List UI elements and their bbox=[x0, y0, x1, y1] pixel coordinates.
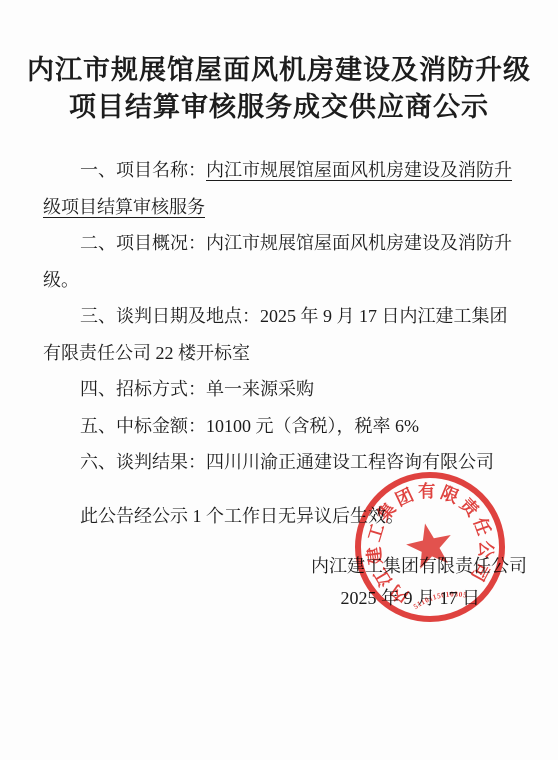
paragraph-effective-notice: 此公告经公示 1 个工作日无异议后生效。 bbox=[43, 498, 534, 535]
project-name-value-cont: 级项目结算审核服务 bbox=[43, 197, 205, 217]
announcement-document: 内江市规展馆屋面风机房建设及消防升级 项目结算审核服务成交供应商公示 一、项目名… bbox=[0, 0, 558, 760]
project-name-value: 内江市规展馆屋面风机房建设及消防升 bbox=[206, 160, 512, 180]
signature-block: 内江建工集团有限责任公司 2025 年 9 月 17 日 bbox=[0, 549, 558, 613]
paragraph-project-overview-line2: 级。 bbox=[43, 262, 534, 299]
paragraph-negotiation-date-line1: 三、谈判日期及地点：2025 年 9 月 17 日内江建工集团 bbox=[43, 298, 534, 335]
signature-date: 2025 年 9 月 17 日 bbox=[0, 584, 558, 613]
project-name-label: 一、项目名称： bbox=[80, 160, 206, 180]
title-line-2: 项目结算审核服务成交供应商公示 bbox=[0, 89, 558, 126]
paragraph-project-name-line2: 级项目结算审核服务 bbox=[43, 189, 534, 226]
paragraph-negotiation-result: 六、谈判结果：四川川渝正通建设工程咨询有限公司 bbox=[43, 444, 534, 481]
signature-company: 内江建工集团有限责任公司 bbox=[0, 549, 558, 584]
title-line-1: 内江市规展馆屋面风机房建设及消防升级 bbox=[0, 52, 558, 89]
paragraph-award-amount: 五、中标金额：10100 元（含税），税率 6% bbox=[43, 408, 534, 445]
paragraph-negotiation-date-line2: 有限责任公司 22 楼开标室 bbox=[43, 335, 534, 372]
paragraph-bidding-method: 四、招标方式：单一来源采购 bbox=[43, 371, 534, 408]
paragraph-project-overview-line1: 二、项目概况：内江市规展馆屋面风机房建设及消防升 bbox=[43, 225, 534, 262]
document-title: 内江市规展馆屋面风机房建设及消防升级 项目结算审核服务成交供应商公示 bbox=[0, 0, 558, 126]
paragraph-project-name-line1: 一、项目名称：内江市规展馆屋面风机房建设及消防升 bbox=[43, 152, 534, 189]
document-body: 一、项目名称：内江市规展馆屋面风机房建设及消防升 级项目结算审核服务 二、项目概… bbox=[43, 152, 534, 534]
